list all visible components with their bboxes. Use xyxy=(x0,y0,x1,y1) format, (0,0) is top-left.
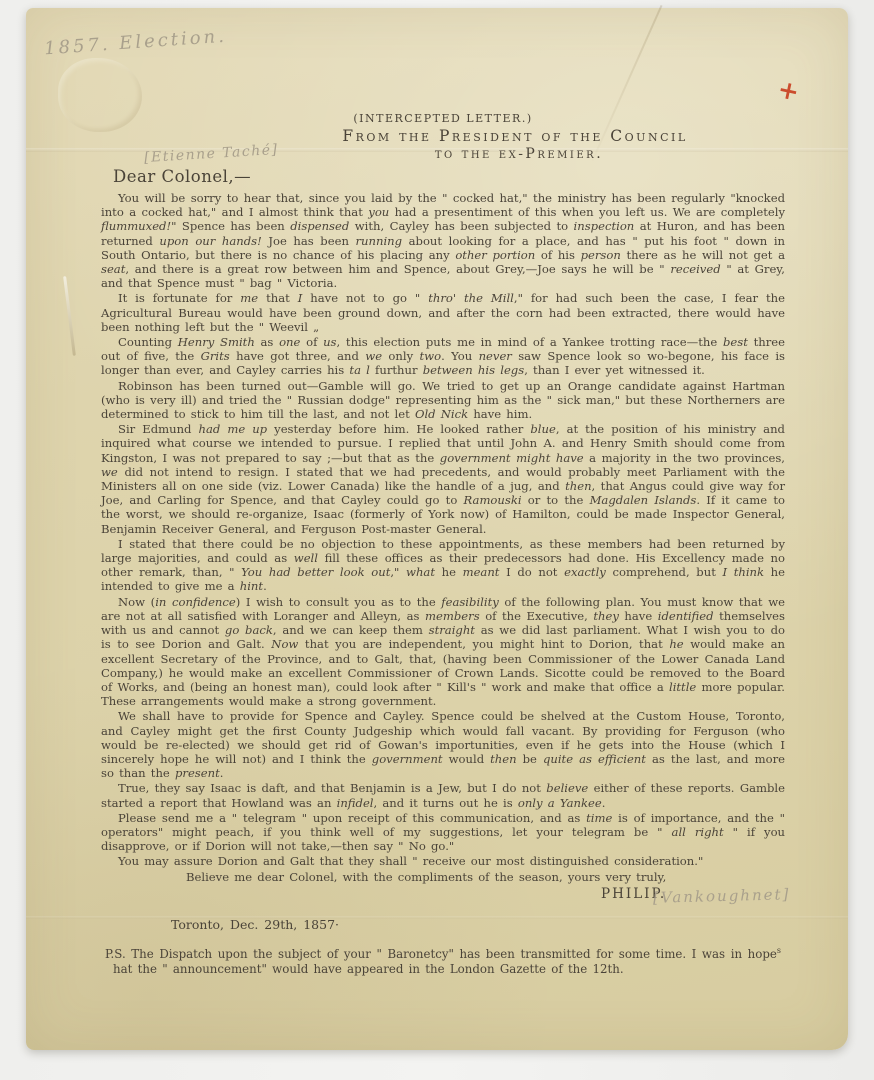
valediction: Believe me dear Colonel, with the compli… xyxy=(186,870,785,884)
letter-paper: 1857. Election. + [Etienne Taché] (INTER… xyxy=(26,8,848,1050)
header-from-president-of-council: From the President of the Council xyxy=(173,127,857,145)
red-cross-mark: + xyxy=(775,74,802,107)
postscript: P.S. The Dispatch upon the subject of yo… xyxy=(101,947,781,977)
letter-paragraphs: You will be sorry to hear that, since yo… xyxy=(101,191,785,869)
dateline: Toronto, Dec. 29th, 1857· xyxy=(171,917,785,932)
letter-paragraph: We shall have to provide for Spence and … xyxy=(101,709,785,780)
letter-paragraph: You will be sorry to hear that, since yo… xyxy=(101,191,785,290)
letter-paragraph: Counting Henry Smith as one of us, this … xyxy=(101,335,785,378)
letter-paragraph: True, they say Isaac is daft, and that B… xyxy=(101,781,785,809)
header-to-ex-premier: to the ex-Premier. xyxy=(177,146,861,162)
paper-tear-left xyxy=(63,276,76,356)
letter-paragraph: Robinson has been turned out—Gamble will… xyxy=(101,379,785,422)
letter-paragraph: You may assure Dorion and Galt that they… xyxy=(101,854,785,868)
letter-paragraph: Please send me a " telegram " upon recei… xyxy=(101,811,785,854)
signature-row: PHILIP. [Vankoughnet] xyxy=(101,886,785,906)
scan-background: 1857. Election. + [Etienne Taché] (INTER… xyxy=(0,0,874,1080)
letter-paragraph: Sir Edmund had me up yesterday before hi… xyxy=(101,422,785,536)
letter-paragraph: It is fortunate for me that I have not t… xyxy=(101,291,785,334)
header-intercepted-letter: (INTERCEPTED LETTER.) xyxy=(101,112,785,125)
letter-paragraph: Now (in confidence) I wish to consult yo… xyxy=(101,595,785,709)
letter-text-block: (INTERCEPTED LETTER.) From the President… xyxy=(101,112,785,977)
salutation: Dear Colonel,— xyxy=(113,167,785,186)
letter-paragraph: I stated that there could be no objectio… xyxy=(101,537,785,594)
pencil-annotation-year-election: 1857. Election. xyxy=(43,26,227,60)
pencil-annotation-vankoughnet: [Vankoughnet] xyxy=(653,885,791,907)
